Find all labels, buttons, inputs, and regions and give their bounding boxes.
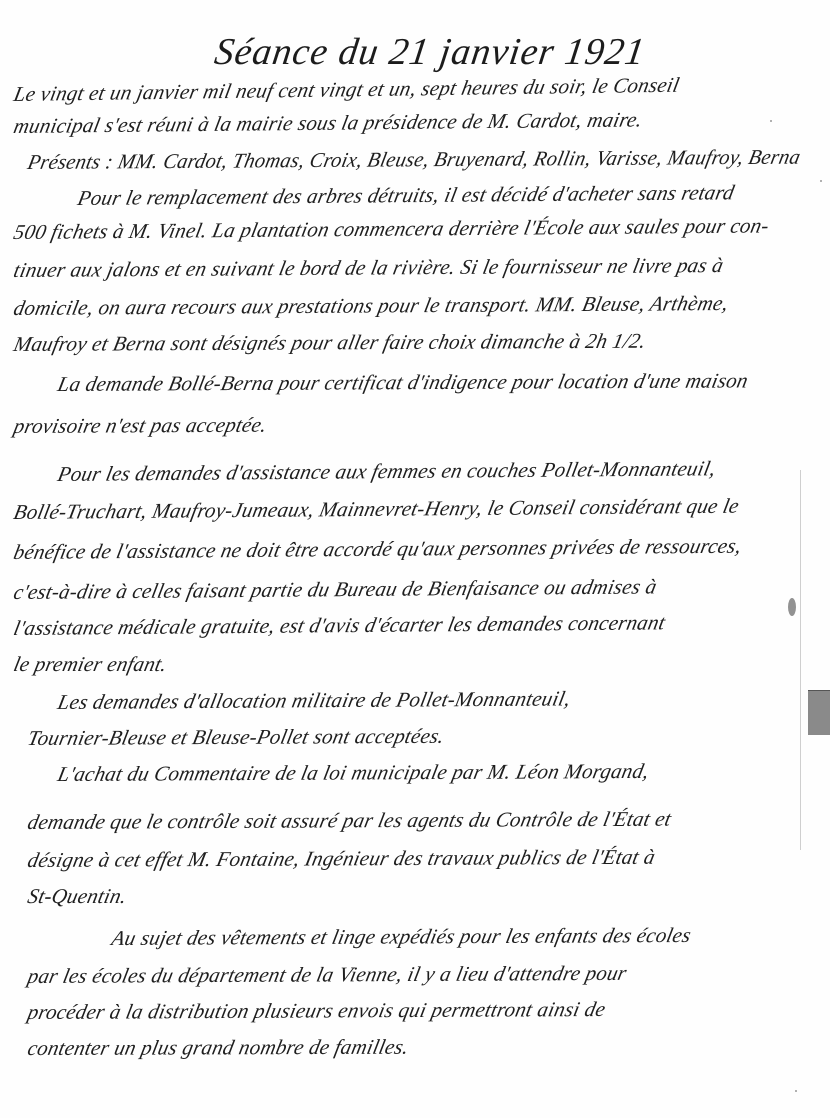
page-title: Séance du 21 janvier 1921 (0, 30, 830, 74)
text-line: Présents : MM. Cardot, Thomas, Croix, Bl… (25, 145, 802, 175)
text-line: c'est-à-dire à celles faisant partie du … (11, 574, 659, 605)
text-line: Au sujet des vêtements et linge expédiés… (109, 923, 693, 951)
text-line: Tournier-Bleuse et Bleuse-Pollet sont ac… (25, 724, 446, 751)
text-line: Les demandes d'allocation militaire de P… (55, 686, 572, 715)
text-line: demande que le contrôle soit assuré par … (25, 807, 673, 835)
document-page: Séance du 21 janvier 1921 Le vingt et un… (0, 0, 830, 1118)
text-line: municipal s'est réuni à la mairie sous l… (11, 107, 644, 139)
text-line: par les écoles du département de la Vien… (25, 961, 629, 989)
text-line: Bollé-Truchart, Maufroy-Jumeaux, Mainnev… (11, 494, 741, 525)
text-line: domicile, on aura recours aux prestation… (11, 291, 730, 321)
text-line: procéder à la distribution plusieurs env… (25, 997, 607, 1025)
text-line: La demande Bollé-Berna pour certificat d… (55, 368, 750, 397)
text-line: Le vingt et un janvier mil neuf cent vin… (12, 73, 682, 107)
page-edge (800, 470, 801, 850)
text-line: Maufroy et Berna sont désignés pour alle… (11, 329, 648, 357)
text-line: désigne à cet effet M. Fontaine, Ingénie… (25, 845, 657, 873)
binding-tab (808, 690, 830, 735)
text-line: l'assistance médicale gratuite, est d'av… (11, 610, 667, 641)
text-line: provisoire n'est pas acceptée. (11, 413, 269, 439)
speck (795, 1090, 797, 1092)
text-line: St-Quentin. (25, 884, 129, 909)
text-line: Pour les demandes d'assistance aux femme… (55, 456, 718, 487)
ink-smudge (788, 598, 796, 616)
text-line: tinuer aux jalons et en suivant le bord … (11, 253, 725, 283)
text-line: bénéfice de l'assistance ne doit être ac… (11, 534, 743, 565)
text-line: Pour le remplacement des arbres détruits… (75, 180, 736, 211)
text-line: 500 fichets à M. Vinel. La plantation co… (11, 213, 771, 245)
text-line: le premier enfant. (11, 652, 169, 677)
text-line: L'achat du Commentaire de la loi municip… (55, 759, 651, 787)
speck (820, 180, 822, 182)
speck (770, 120, 772, 122)
text-line: contenter un plus grand nombre de famill… (25, 1035, 411, 1061)
